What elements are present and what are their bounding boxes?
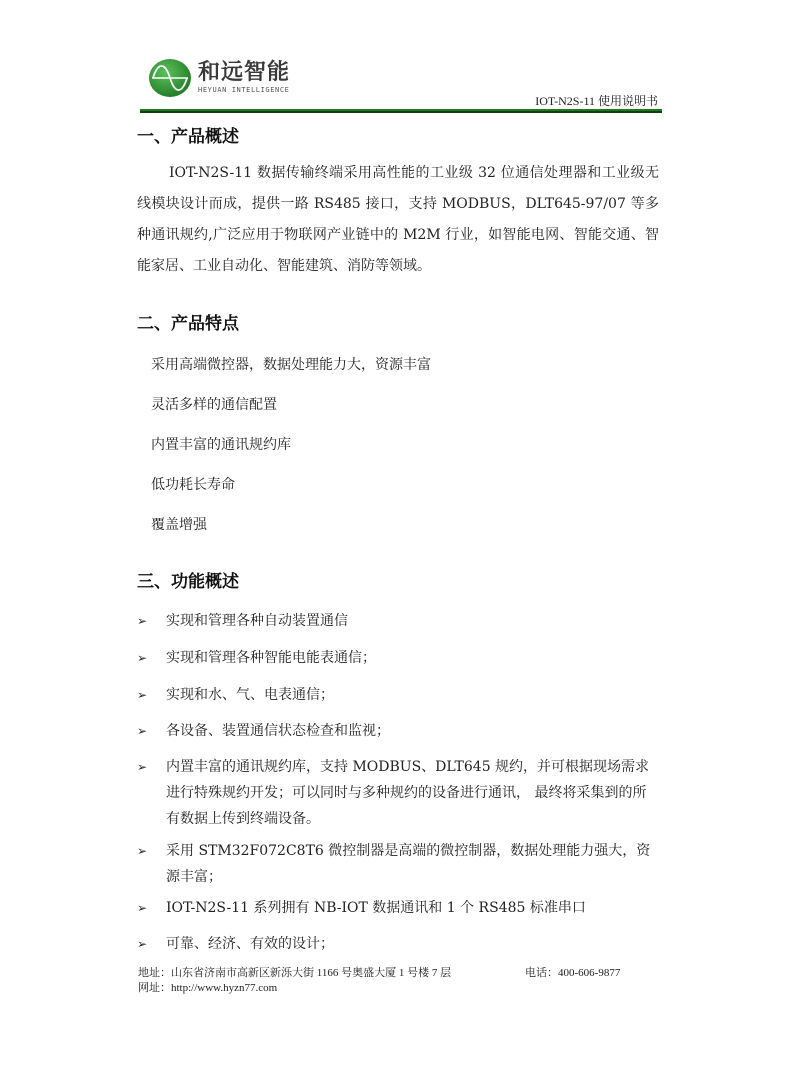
function-list-item: ➢ 实现和管理各种智能电能表通信；	[137, 645, 659, 671]
document-title: IOT-N2S-11 使用说明书	[535, 92, 658, 109]
arrow-bullet-icon: ➢	[137, 682, 147, 708]
arrow-bullet-icon: ➢	[137, 754, 147, 780]
function-list-item: ➢ 采用 STM32F072C8T6 微控制器是高端的微控制器，数据处理能力强大…	[137, 838, 659, 890]
overview-paragraph: IOT-N2S-11 数据传输终端采用高性能的工业级 32 位通信处理器和工业级…	[137, 158, 659, 282]
feature-item: 低功耗长寿命	[151, 474, 235, 494]
function-list-item: ➢ 实现和管理各种自动装置通信	[137, 608, 659, 634]
sine-wave-logo-icon	[148, 58, 192, 98]
arrow-bullet-icon: ➢	[137, 895, 147, 921]
feature-item: 灵活多样的通信配置	[151, 394, 277, 414]
company-address: 地址：山东省济南市高新区新泺大街 1166 号奥盛大厦 1 号楼 7 层	[138, 966, 525, 981]
section-heading-overview: 一、产品概述	[137, 122, 239, 147]
header-divider	[140, 109, 662, 113]
feature-item: 覆盖增强	[151, 514, 207, 534]
feature-item: 采用高端微控器，数据处理能力大，资源丰富	[151, 354, 431, 374]
arrow-bullet-icon: ➢	[137, 931, 147, 957]
logo-chinese-name: 和远智能	[198, 61, 290, 85]
page-footer: 地址：山东省济南市高新区新泺大街 1166 号奥盛大厦 1 号楼 7 层 电话：…	[138, 966, 658, 996]
company-website: 网址：http://www.hyzn77.com	[138, 981, 277, 996]
function-list-item: ➢ 实现和水、气、电表通信；	[137, 682, 659, 708]
function-list-item: ➢ 各设备、装置通信状态检查和监视；	[137, 718, 659, 744]
company-logo: 和远智能 HEYUAN INTELLIGENCE	[148, 58, 290, 98]
section-heading-functions: 三、功能概述	[137, 567, 239, 592]
section-heading-features: 二、产品特点	[137, 309, 239, 334]
logo-english-name: HEYUAN INTELLIGENCE	[198, 85, 290, 95]
company-phone: 电话：400-606-9877	[525, 966, 620, 981]
function-list-item: ➢ 可靠、经济、有效的设计；	[137, 931, 659, 957]
feature-item: 内置丰富的通讯规约库	[151, 434, 291, 454]
arrow-bullet-icon: ➢	[137, 645, 147, 671]
function-list-item: ➢ IOT-N2S-11 系列拥有 NB-IOT 数据通讯和 1 个 RS485…	[137, 895, 659, 921]
page-header: 和远智能 HEYUAN INTELLIGENCE IOT-N2S-11 使用说明…	[140, 52, 662, 114]
function-list-item: ➢ 内置丰富的通讯规约库，支持 MODBUS、DLT645 规约，并可根据现场需…	[137, 754, 659, 832]
arrow-bullet-icon: ➢	[137, 608, 147, 634]
arrow-bullet-icon: ➢	[137, 718, 147, 744]
arrow-bullet-icon: ➢	[137, 838, 147, 864]
